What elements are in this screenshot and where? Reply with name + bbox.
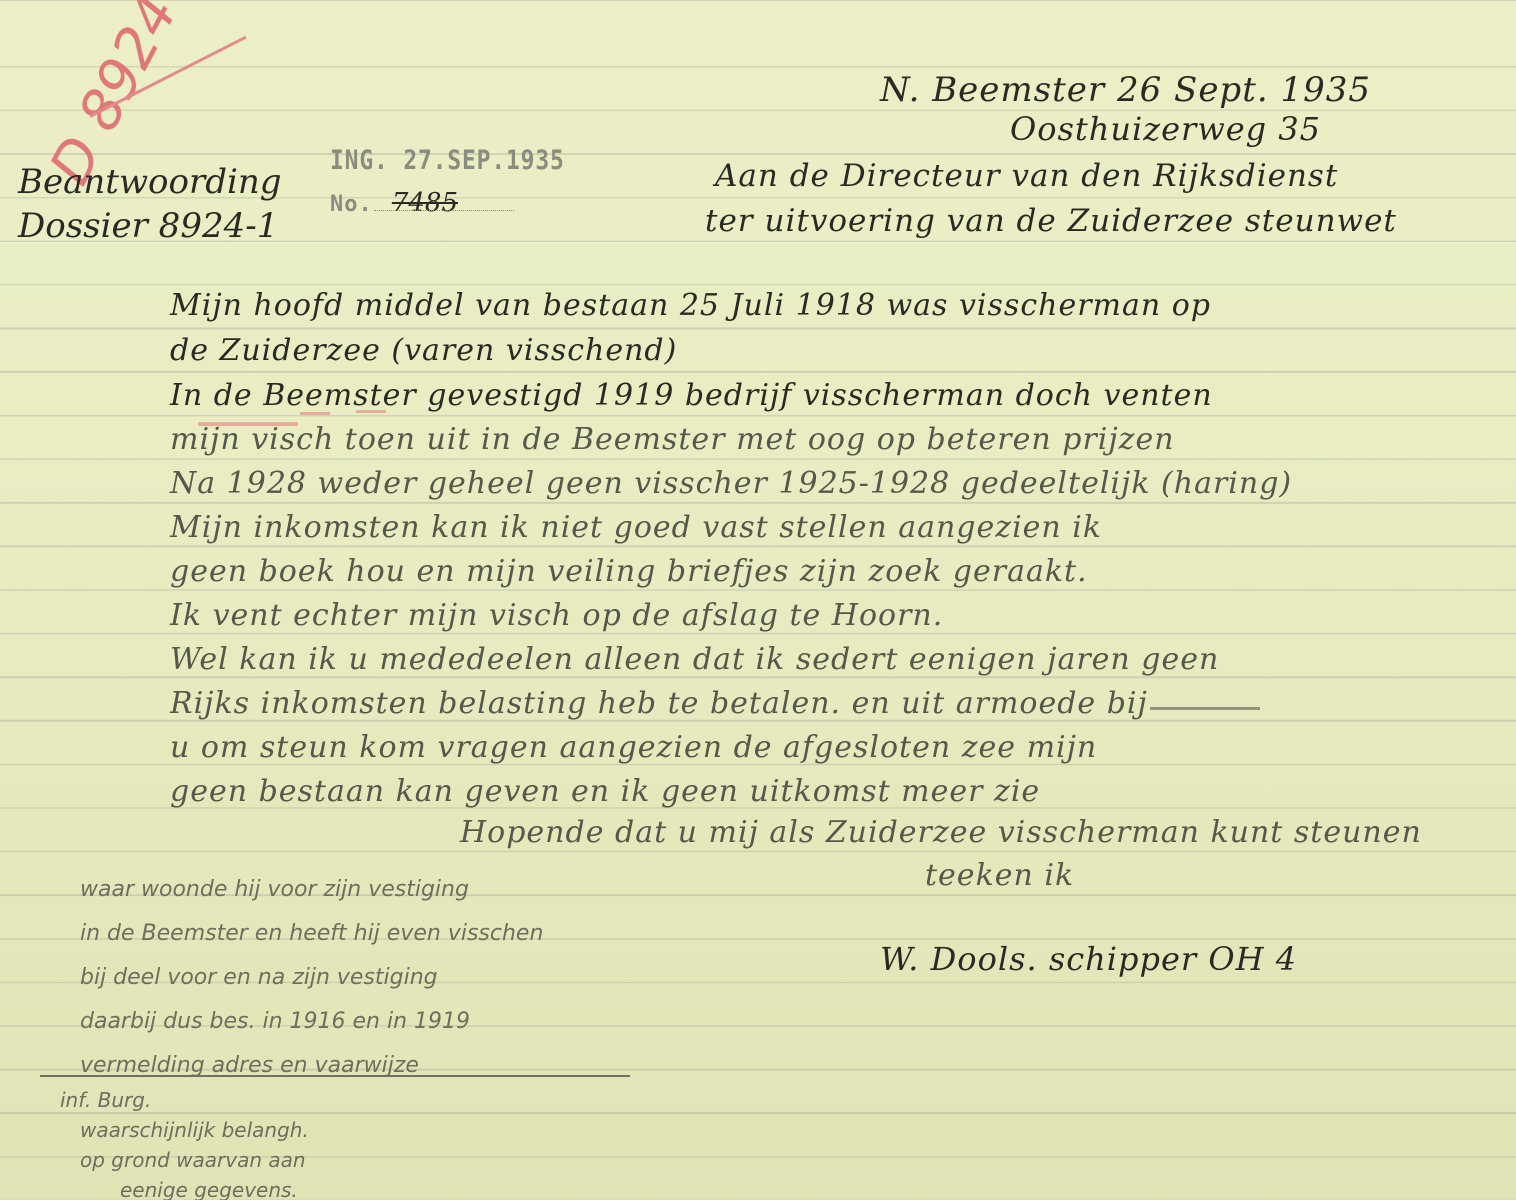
closing-line-2: teeken ik [925, 858, 1074, 893]
margin-note-lower-line-1: inf. Burg. [60, 1085, 309, 1115]
body-line-9: Wel kan ik u mededeelen alleen dat ik se… [170, 642, 1219, 677]
red-underline-gevestigd [300, 412, 330, 415]
margin-note-divider [40, 1075, 630, 1077]
grey-underline-armoede [1150, 707, 1260, 710]
body-line-4: mijn visch toen uit in de Beemster met o… [170, 422, 1175, 457]
recipient-line-2: ter uitvoering van de Zuiderzee steunwet [705, 203, 1397, 239]
reference-line-1: Beantwoording [18, 160, 282, 204]
received-date: ING. 27.SEP.1935 [330, 145, 565, 176]
body-line-11: u om steun kom vragen aangezien de afges… [170, 730, 1097, 765]
red-underline-1919 [356, 410, 386, 413]
recipient-line-1: Aan de Directeur van den Rijksdienst [715, 158, 1338, 194]
margin-note-lower-line-3: op grond waarvan aan [60, 1145, 309, 1175]
margin-note-lower: inf. Burg. waarschijnlijk belangh. op gr… [60, 1085, 309, 1200]
margin-note-line-2: in de Beemster en heeft hij even vissche… [80, 912, 543, 956]
body-line-12: geen bestaan kan geven en ik geen uitkom… [170, 774, 1040, 809]
reference-line-2: Dossier 8924-1 [18, 204, 282, 248]
margin-note-line-5: vermelding adres en vaarwijze [80, 1044, 543, 1088]
body-line-5: Na 1928 weder geheel geen visscher 1925-… [170, 466, 1292, 501]
reference-block: Beantwoording Dossier 8924-1 [18, 160, 282, 248]
margin-note: waar woonde hij voor zijn vestiging in d… [80, 868, 543, 1088]
received-stamp: ING. 27.SEP.1935 [330, 145, 565, 176]
body-line-8: Ik vent echter mijn visch op de afslag t… [170, 598, 943, 633]
stamp-number-label: No. [330, 192, 373, 217]
body-line-10: Rijks inkomsten belasting heb te betalen… [170, 686, 1148, 721]
stamp-number-row: No. 7485 [330, 188, 515, 218]
body-line-2: de Zuiderzee (varen visschend) [170, 333, 677, 368]
address: Oosthuizerweg 35 [1010, 110, 1321, 148]
body-line-7: geen boek hou en mijn veiling briefjes z… [170, 554, 1088, 589]
signature: W. Dools. schipper OH 4 [880, 940, 1297, 978]
body-line-1: Mijn hoofd middel van bestaan 25 Juli 19… [170, 288, 1211, 323]
margin-note-lower-line-2: waarschijnlijk belangh. [60, 1115, 309, 1145]
stamp-number-value: 7485 [392, 188, 458, 218]
place-date: N. Beemster 26 Sept. 1935 [880, 70, 1371, 110]
margin-note-lower-line-4: eenige gegevens. [60, 1175, 309, 1200]
body-line-6: Mijn inkomsten kan ik niet goed vast ste… [170, 510, 1102, 545]
body-line-3: In de Beemster gevestigd 1919 bedrijf vi… [170, 378, 1213, 413]
closing-line-1: Hopende dat u mij als Zuiderzee visscher… [460, 815, 1422, 850]
margin-note-line-3: bij deel voor en na zijn vestiging [80, 956, 543, 1000]
margin-note-line-4: daarbij dus bes. in 1916 en in 1919 [80, 1000, 543, 1044]
margin-note-line-1: waar woonde hij voor zijn vestiging [80, 868, 543, 912]
